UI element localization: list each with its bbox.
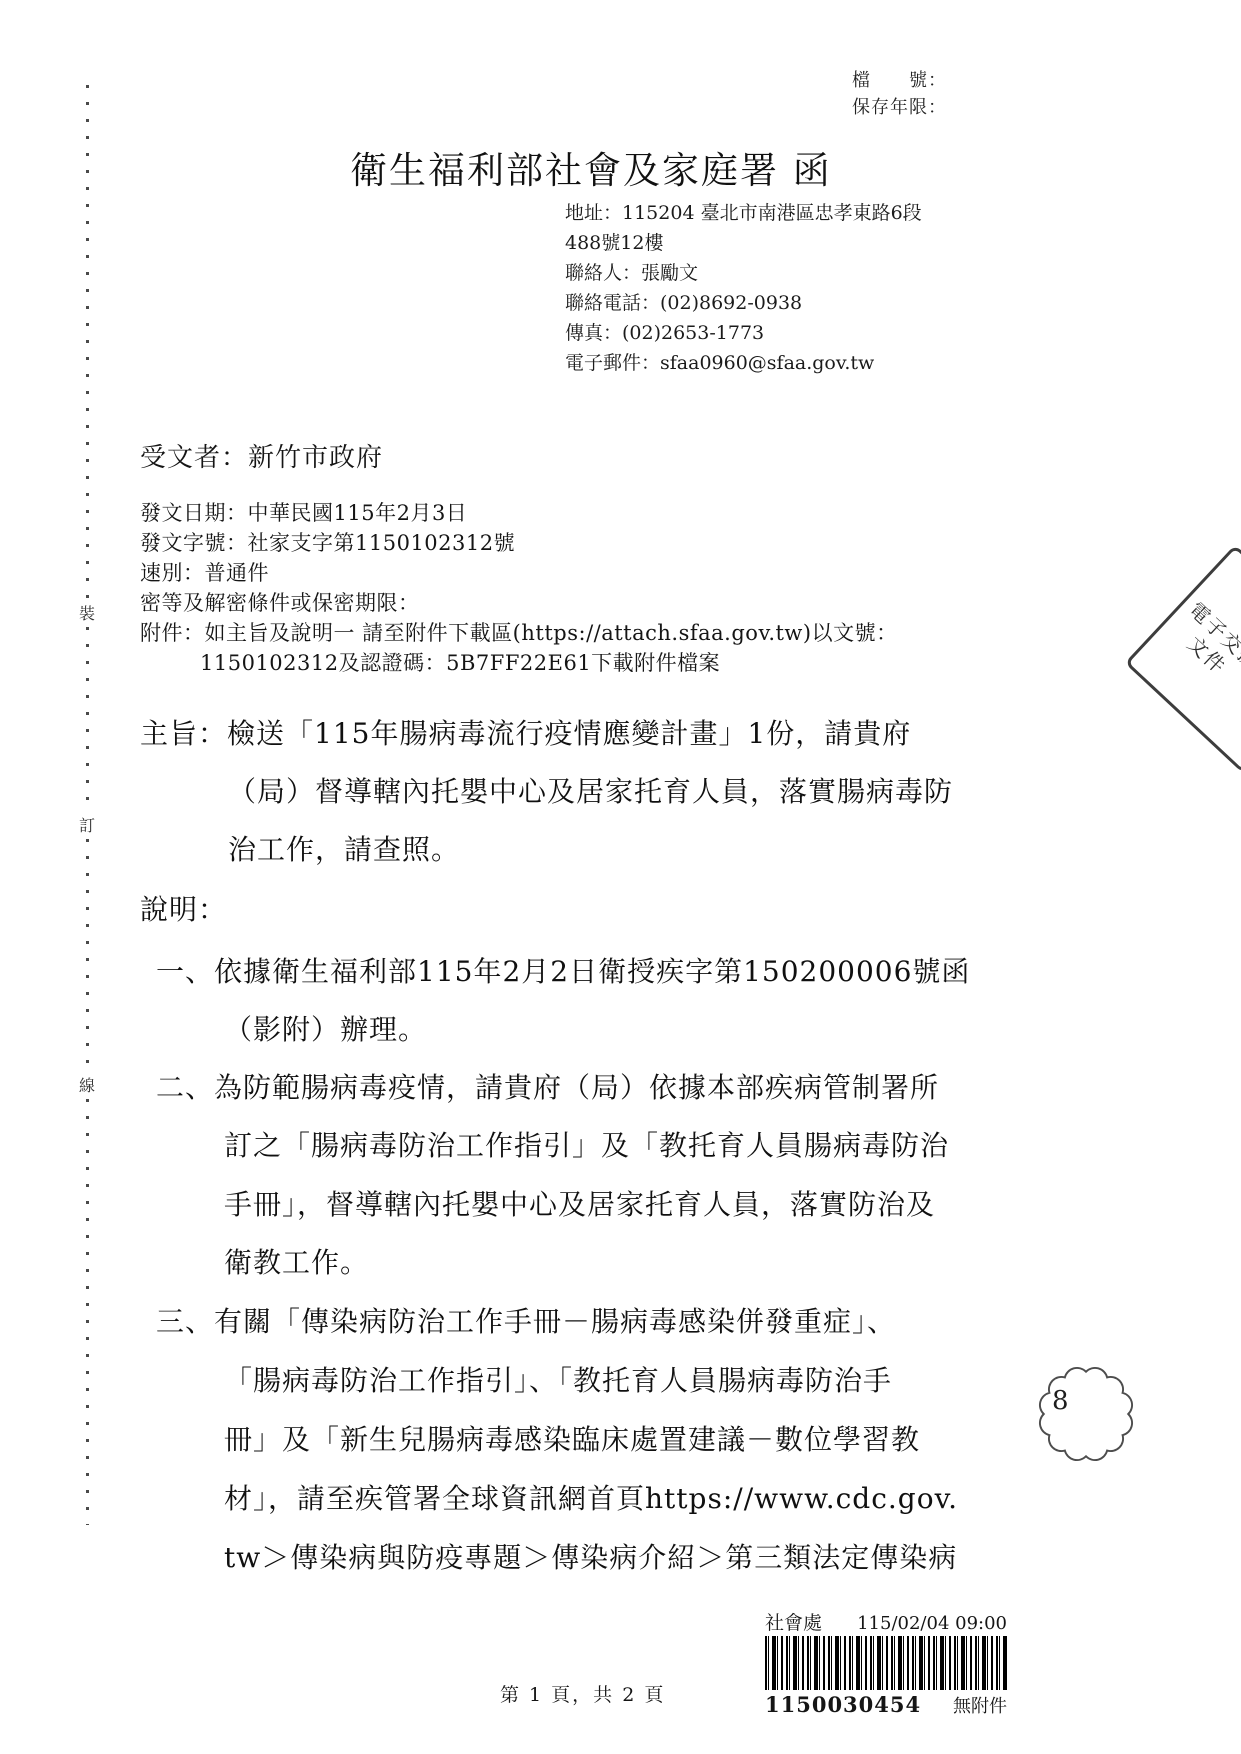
body-line: 材」，請至疾管署全球資訊網首頁https://www.cdc.gov. (224, 1482, 958, 1516)
attachment-line-cont: 1150102312及認證碼：5B7FF22E61下載附件檔案 (140, 648, 898, 678)
sender-address-line: 488號12樓 (565, 228, 922, 258)
sender-contact-name: 聯絡人：張勵文 (565, 258, 922, 288)
binding-dotted-line (86, 839, 89, 1071)
official-letter-page: 檔 號： 保存年限： 衛生福利部社會及家庭署 函 地址：115204 臺北市南港… (0, 0, 1241, 1754)
issue-number-line: 發文字號：社家支字第1150102312號 (140, 528, 898, 558)
barcode-number: 1150030454 (765, 1692, 921, 1717)
sender-fax: 傳真：(02)2653-1773 (565, 318, 922, 348)
body-line: 「腸病毒防治工作指引」、「教托育人員腸病毒防治手 (224, 1364, 892, 1398)
body-line: tw＞傳染病與防疫專題＞傳染病介紹＞第三類法定傳染病 (224, 1541, 957, 1575)
body-line: 一、依據衛生福利部115年2月2日衛授疾字第150200006號函 (156, 955, 970, 989)
attachment-line: 附件：如主旨及說明一 請至附件下載區(https://attach.sfaa.g… (140, 618, 898, 648)
binding-mark-ding: 訂 (79, 813, 95, 836)
body-line: 訂之「腸病毒防治工作指引」及「教托育人員腸病毒防治 (224, 1129, 949, 1163)
doc-meta-block: 發文日期：中華民國115年2月3日 發文字號：社家支字第1150102312號 … (140, 498, 898, 678)
binding-mark-zhuang: 裝 (79, 601, 95, 624)
issue-date-line: 發文日期：中華民國115年2月3日 (140, 498, 898, 528)
body-line: 手冊」，督導轄內托嬰中心及居家托育人員，落實防治及 (224, 1188, 935, 1222)
electronic-exchange-stamp: 電子交換 文件 (1125, 545, 1241, 774)
sender-address-block: 地址：115204 臺北市南港區忠孝東路6段 488號12樓 聯絡人：張勵文 聯… (565, 198, 922, 378)
retention-label: 保存年限： (852, 93, 947, 119)
dispatch-unit: 社會處 (765, 1608, 822, 1635)
subject-line: 主旨：檢送「115年腸病毒流行疫情應變計畫」1份，請貴府 (140, 717, 911, 751)
classification-line: 密等及解密條件或保密期限： (140, 588, 898, 618)
body-line: 二、為防範腸病毒疫情，請貴府（局）依據本部疾病管制署所 (156, 1071, 939, 1105)
sender-address-line: 地址：115204 臺北市南港區忠孝東路6段 (565, 198, 922, 228)
file-number-label: 檔 號： (852, 66, 947, 92)
body-line: 三、有關「傳染病防治工作手冊－腸病毒感染併發重症」、 (156, 1305, 896, 1339)
body-line: （影附）辦理。 (224, 1013, 427, 1047)
explanation-head: 說明： (140, 893, 227, 927)
sender-phone: 聯絡電話：(02)8692-0938 (565, 288, 922, 318)
page-seal-number: 8 (1052, 1386, 1069, 1416)
sender-email: 電子郵件：sfaa0960@sfaa.gov.tw (565, 348, 922, 378)
binding-dotted-line (86, 85, 89, 598)
dispatch-row: 社會處 115/02/04 09:00 (765, 1608, 1007, 1635)
recipient-line: 受文者：新竹市政府 (140, 437, 383, 474)
binding-dotted-line (86, 1099, 89, 1525)
dispatch-datetime: 115/02/04 09:00 (857, 1613, 1007, 1634)
priority-line: 速別：普通件 (140, 558, 898, 588)
barcode-caption-row: 1150030454 無附件 (765, 1692, 1007, 1718)
subject-line: 治工作，請查照。 (228, 833, 460, 867)
barcode (765, 1636, 1007, 1690)
page-footer: 第 1 頁，共 2 頁 (500, 1680, 665, 1707)
document-title: 衛生福利部社會及家庭署 函 (350, 140, 832, 194)
decorative-flower-seal (1038, 1362, 1134, 1470)
binding-dotted-line (86, 627, 89, 811)
binding-mark-xian: 線 (79, 1073, 95, 1096)
subject-line: （局）督導轄內托嬰中心及居家托育人員，落實腸病毒防 (228, 775, 953, 809)
body-line: 冊」及「新生兒腸病毒感染臨床處置建議－數位學習教 (224, 1423, 920, 1457)
body-line: 衛教工作。 (224, 1246, 369, 1280)
attachment-note: 無附件 (953, 1692, 1007, 1718)
